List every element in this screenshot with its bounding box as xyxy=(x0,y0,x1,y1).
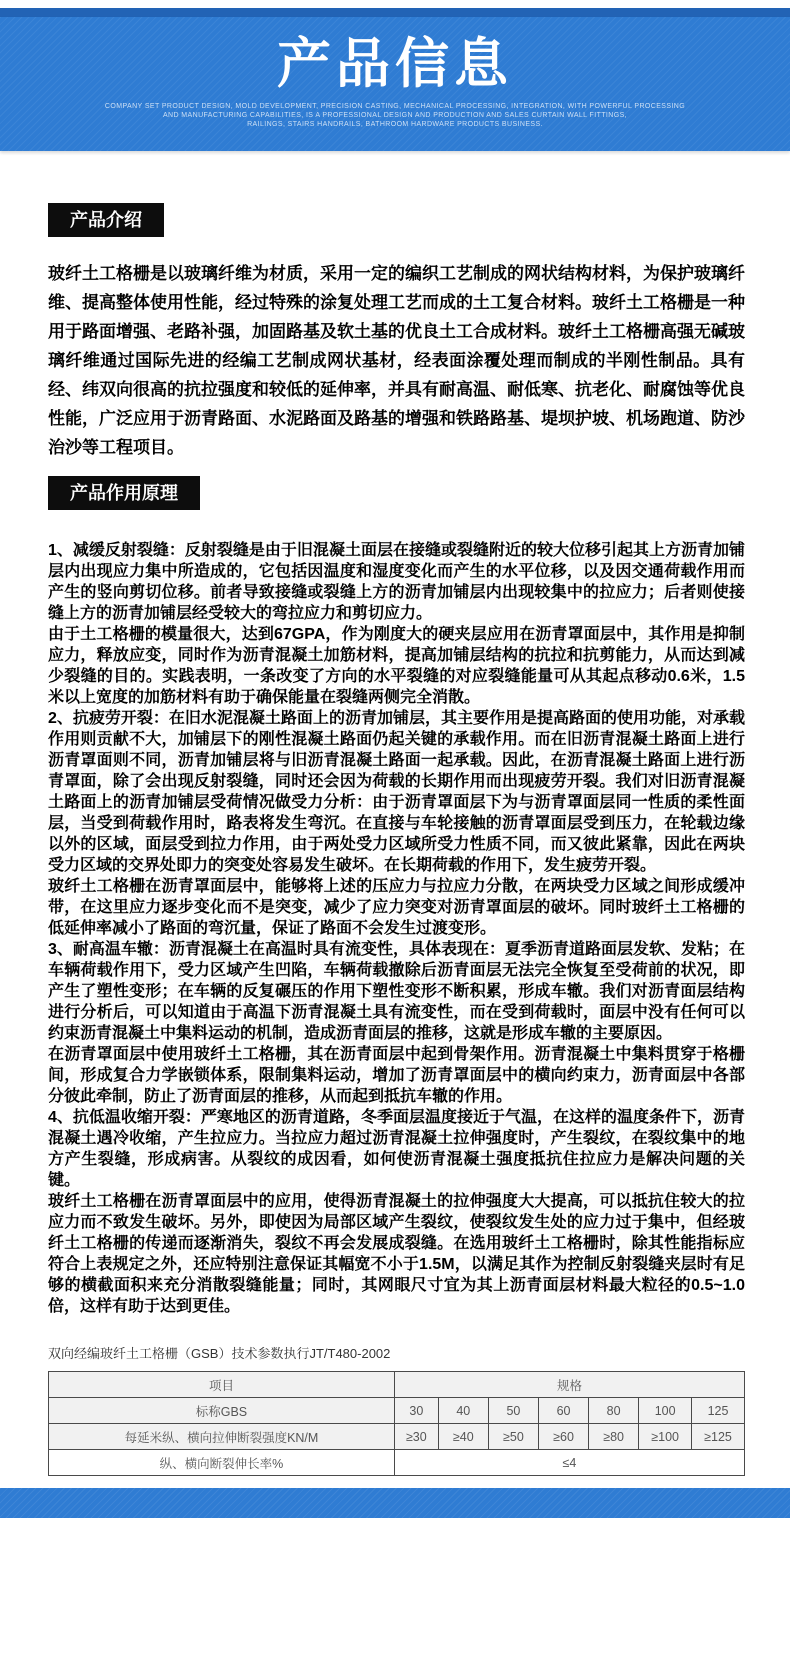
spec-table-row: 标称GBS3040506080100125 xyxy=(49,1398,745,1424)
top-gap xyxy=(0,0,790,8)
spec-table-title: 双向经编玻纤土工格栅（GSB）技术参数执行JT/T480-2002 xyxy=(48,1345,745,1363)
value-cell: 60 xyxy=(538,1398,588,1424)
spec-table-row: 每延米纵、横向拉伸断裂强度KN/M≥30≥40≥50≥60≥80≥100≥125 xyxy=(49,1424,745,1450)
value-cell: ≥125 xyxy=(692,1424,745,1450)
spec-table-row: 纵、横向断裂伸长率%≤4 xyxy=(49,1450,745,1476)
section-label-principle: 产品作用原理 xyxy=(48,476,200,510)
intro-paragraphs: 玻纤土工格栅是以玻璃纤维为材质，采用一定的编织工艺制成的网状结构材料，为保护玻璃… xyxy=(48,259,745,462)
body-paragraph: 由于土工格栅的模量很大，达到67GPA，作为刚度大的硬夹层应用在沥青罩面层中，其… xyxy=(48,624,745,708)
value-cell: 80 xyxy=(589,1398,639,1424)
body-paragraph: 1、减缓反射裂缝：反射裂缝是由于旧混凝土面层在接缝或裂缝附近的较大位移引起其上方… xyxy=(48,540,745,624)
body-paragraph: 4、抗低温收缩开裂：严寒地区的沥青道路，冬季面层温度接近于气温，在这样的温度条件… xyxy=(48,1107,745,1191)
row-label-cell: 标称GBS xyxy=(49,1398,395,1424)
banner-subtitle-line: RAILINGS, STAIRS HANDRAILS, BATHROOM HAR… xyxy=(0,120,790,129)
spec-table-body: 项目规格标称GBS3040506080100125每延米纵、横向拉伸断裂强度KN… xyxy=(49,1372,745,1476)
value-cell: ≥60 xyxy=(538,1424,588,1450)
spec-table: 项目规格标称GBS3040506080100125每延米纵、横向拉伸断裂强度KN… xyxy=(48,1371,745,1476)
value-cell: ≥100 xyxy=(639,1424,692,1450)
value-cell: ≥50 xyxy=(488,1424,538,1450)
body-paragraph: 玻纤土工格栅是以玻璃纤维为材质，采用一定的编织工艺制成的网状结构材料，为保护玻璃… xyxy=(48,259,745,462)
body-paragraph: 2、抗疲劳开裂：在旧水泥混凝土路面上的沥青加铺层，其主要作用是提高路面的使用功能… xyxy=(48,708,745,876)
banner-accent-bar xyxy=(0,8,790,17)
section-label-intro: 产品介绍 xyxy=(48,203,164,237)
banner-title: 产品信息 xyxy=(0,17,790,93)
value-cell: ≥40 xyxy=(438,1424,488,1450)
value-cell: 40 xyxy=(438,1398,488,1424)
product-info-page: 产品信息 COMPANY SET PRODUCT DESIGN, MOLD DE… xyxy=(0,0,790,1661)
body-paragraph: 玻纤土工格栅在沥青罩面层中的应用，使得沥青混凝土的拉伸强度大大提高，可以抵抗住较… xyxy=(48,1191,745,1317)
principle-paragraphs: 1、减缓反射裂缝：反射裂缝是由于旧混凝土面层在接缝或裂缝附近的较大位移引起其上方… xyxy=(48,540,745,1317)
header-cell-item: 项目 xyxy=(49,1372,395,1398)
banner-subtitle-line: AND MANUFACTURING CAPABILITIES, IS A PRO… xyxy=(0,111,790,120)
content-area: 产品介绍 玻纤土工格栅是以玻璃纤维为材质，采用一定的编织工艺制成的网状结构材料，… xyxy=(0,203,790,1317)
value-cell: 100 xyxy=(639,1398,692,1424)
row-label-cell: 纵、横向断裂伸长率% xyxy=(49,1450,395,1476)
section-principle-header: 产品作用原理 xyxy=(48,476,745,510)
body-paragraph: 玻纤土工格栅在沥青罩面层中，能够将上述的压应力与拉应力分散，在两块受力区域之间形… xyxy=(48,876,745,939)
value-cell: 125 xyxy=(692,1398,745,1424)
body-paragraph: 在沥青罩面层中使用玻纤土工格栅，其在沥青面层中起到骨架作用。沥青混凝土中集料贯穿… xyxy=(48,1044,745,1107)
value-cell: ≥30 xyxy=(394,1424,438,1450)
value-cell: 50 xyxy=(488,1398,538,1424)
row-label-cell: 每延米纵、横向拉伸断裂强度KN/M xyxy=(49,1424,395,1450)
section-intro-header: 产品介绍 xyxy=(48,203,745,237)
header-cell-spec: 规格 xyxy=(394,1372,744,1398)
value-cell: 30 xyxy=(394,1398,438,1424)
banner-subtitle: COMPANY SET PRODUCT DESIGN, MOLD DEVELOP… xyxy=(0,102,790,129)
product-info-banner: 产品信息 COMPANY SET PRODUCT DESIGN, MOLD DE… xyxy=(0,17,790,151)
spec-table-header-row: 项目规格 xyxy=(49,1372,745,1398)
banner-subtitle-line: COMPANY SET PRODUCT DESIGN, MOLD DEVELOP… xyxy=(0,102,790,111)
value-cell: ≥80 xyxy=(589,1424,639,1450)
value-span-cell: ≤4 xyxy=(394,1450,744,1476)
footer-bar xyxy=(0,1488,790,1518)
body-paragraph: 3、耐高温车辙：沥青混凝土在高温时具有流变性，具体表现在：夏季沥青道路面层发软、… xyxy=(48,939,745,1044)
spec-table-block: 双向经编玻纤土工格栅（GSB）技术参数执行JT/T480-2002 项目规格标称… xyxy=(0,1345,790,1476)
